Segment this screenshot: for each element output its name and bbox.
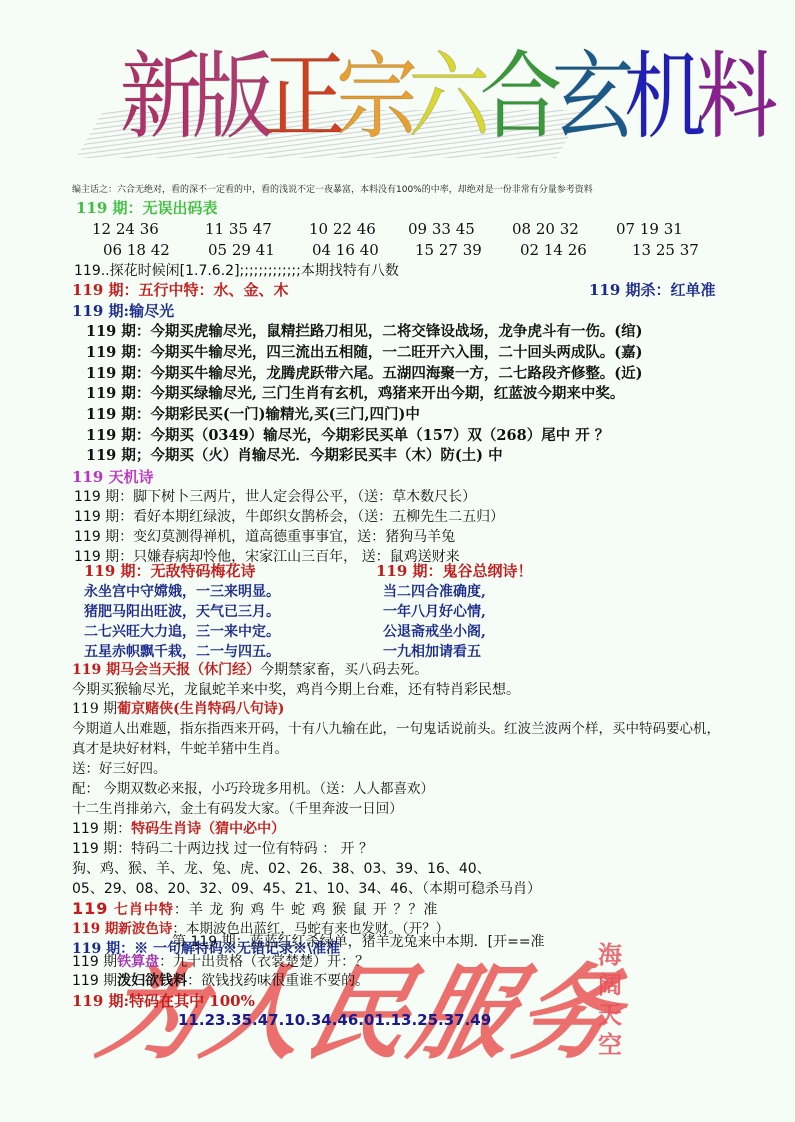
guigu-poem-line: 当二四合准确度, [383, 582, 486, 602]
number-group: 02 14 26 [520, 241, 587, 259]
editor-note: 编主话之：六合无绝对，看的深不一定看的中，看的浅说不定一夜暴富，本料没有100%… [72, 180, 593, 200]
macau-gambler-heading-line: 119 期葡京赌侠(生肖特码八句诗) [72, 699, 284, 719]
number-group: 12 24 36 [92, 220, 159, 238]
abacus-prefix: 119 期 [72, 954, 117, 970]
macau-gambler-line: 送：好三好四。 [72, 759, 167, 779]
banner-title-char: 料 [696, 41, 764, 156]
number-row-2: 06 18 42 05 29 41 04 16 40 15 27 39 02 1… [0, 241, 795, 261]
guigu-poem-heading: 119 期：鬼谷总纲诗！ [376, 561, 533, 581]
lose-all-line: 119 期：今期买（0349）输尽光，今期彩民买单（157）双（268）尾中 开… [86, 426, 609, 446]
horse-report-line: 119 期马会当天报（休门经）今期禁家畜，买八码去死。 [72, 660, 428, 680]
error-free-heading: 119 期：无误出码表 [76, 198, 218, 218]
lose-all-line: 119 期：今期彩民买(一门)输精光,买(三门,四门)中 [86, 405, 420, 425]
plum-poem-line: 猪肥马阳出旺波，天气已三月。 [84, 602, 280, 622]
banner-title-char: 玄 [552, 41, 620, 156]
special-zodiac-prefix: 119 期： [72, 821, 131, 837]
title-banner: 新版正宗六合玄机料 [120, 48, 700, 158]
number-group: 13 25 37 [632, 241, 699, 259]
abacus-heading: 铁算盘 [117, 954, 159, 970]
number-group: 04 16 40 [312, 241, 379, 259]
special-zodiac-line: 狗、鸡、猴、羊、龙、兔、虎、02、26、38、03、39、16、40、 [72, 859, 491, 879]
heaven-poem-line: 119 期：脚下树卜三两片，世人定会得公平，（送：草木数尺长） [74, 487, 476, 507]
lose-all-line: 119 期：今期买虎输尽光，鼠精拦路刀相见，二将交锋设战场，龙争虎斗有一伤。(绾… [86, 322, 643, 342]
money-material-heading: 泼妇欲钱料 [117, 973, 187, 989]
guigu-poem-line: 一年八月好心情, [383, 602, 486, 622]
special-zodiac-heading: 特码生肖诗（猜中必中） [131, 821, 285, 837]
seven-zodiac-heading: 七肖中特 [114, 902, 174, 918]
horse-report-line2: 今期买猴输尽光，龙鼠蛇羊来中奖，鸡肖今期上台难，还有特肖彩民想。 [72, 680, 520, 700]
horse-report-text: 今期禁家畜，买八码去死。 [260, 662, 428, 678]
kill-red-odd: 119 期杀：红单准 [589, 280, 716, 300]
macau-gambler-line: 配： 今期双数必来报，小巧玲珑多用机。（送：人人都喜欢） [72, 779, 434, 799]
macau-gambler-line: 今期道人出难题，指东指西来开码，十有八九输在此，一句鬼话说前头。红波兰波两个样，… [72, 719, 720, 739]
document-page: 新版正宗六合玄机料 编主话之：六合无绝对，看的深不一定看的中，看的浅说不定一夜暴… [0, 0, 795, 1122]
banner-title-char: 新 [120, 41, 188, 156]
macau-gambler-heading: 葡京赌侠(生肖特码八句诗) [117, 701, 284, 717]
macau-gambler-prefix: 119 期 [72, 701, 117, 717]
plum-poem-line: 五星赤帜飘千栽，二一与四五。 [84, 642, 280, 662]
vertical-watermark-char: 空 [595, 1030, 625, 1060]
lose-all-line: 119 期；今期买（火）肖输尽光．今期彩民买丰（木）防(土) 中 [86, 446, 503, 466]
vertical-watermark: 海 阔 天 空 [595, 940, 625, 1060]
horse-report-heading: 119 期马会当天报（休门经） [72, 662, 260, 678]
heaven-poem-heading: 119 天机诗 [72, 467, 154, 487]
abacus-line: 119 期铁算盘：九十出贵格（衣裳楚楚）开：？ [72, 952, 369, 972]
heaven-poem-line: 119 期：看好本期红绿波，牛郎织女鹊桥会，（送：五柳先生二五归） [74, 507, 504, 527]
flower-line: 119..探花时候闲[1.7.6.2];;;;;;;;;;;;;本期找特有八数 [74, 261, 399, 281]
vertical-watermark-char: 天 [595, 1000, 625, 1030]
vertical-watermark-char: 阔 [595, 970, 625, 1000]
special-zodiac-line: 05、29、08、20、32、09、45、21、10、34、46、（本期可稳杀马… [72, 879, 541, 899]
number-group: 07 19 31 [616, 220, 683, 238]
seven-zodiac-text: ：羊 龙 狗 鸡 牛 蛇 鸡 猴 鼠 开 ？？准 [174, 902, 439, 918]
lose-all-heading: 119 期:输尽光 [72, 301, 174, 321]
macau-gambler-line: 十二生肖排弟六，金土有码发大家。（千里奔波一日回） [72, 799, 403, 819]
special-zodiac-line: 119 期：特码二十两边找 过一位有特码 ： 开 ？ [72, 839, 373, 859]
seven-zodiac-line: 119 七肖中特：羊 龙 狗 鸡 牛 蛇 鸡 猴 鼠 开 ？？准 [72, 899, 438, 920]
money-material-text: ：欲钱找药味很重谁不要的。 [187, 973, 369, 989]
banner-title: 新版正宗六合玄机料 [120, 48, 764, 148]
banner-title-char: 机 [624, 41, 692, 156]
macau-gambler-line: 真才是块好材料，牛蛇羊猪中生肖。 [72, 739, 288, 759]
plum-poem-heading: 119 期：无敌特码梅花诗 [84, 561, 256, 581]
guigu-poem-line: 公退斋戒坐小阁, [383, 622, 486, 642]
number-group: 15 27 39 [415, 241, 482, 259]
special-zodiac-heading-line: 119 期：特码生肖诗（猜中必中） [72, 819, 285, 839]
number-group: 08 20 32 [512, 220, 579, 238]
final-heading: 119 期:特码在其中 100% [72, 991, 255, 1011]
guigu-poem-line: 一九相加请看五 [383, 642, 481, 662]
plum-poem-line: 二七兴旺大力追，三一来中定。 [84, 622, 280, 642]
number-row-1: 12 24 36 11 35 47 10 22 46 09 33 45 08 2… [0, 220, 795, 240]
plum-poem-line: 永坐宫中守嫦娥，一三来明显。 [84, 582, 280, 602]
lose-all-line: 119 期：今期买牛输尽光，龙腾虎跃带六尾。五湖四海聚一方，二七路段齐修整。(近… [86, 364, 643, 384]
banner-title-char: 版 [192, 41, 260, 156]
money-material-line: 119 期泼妇欲钱料：欲钱找药味很重谁不要的。 [72, 971, 369, 991]
money-material-prefix: 119 期 [72, 973, 117, 989]
vertical-watermark-char: 海 [595, 940, 625, 970]
number-group: 10 22 46 [309, 220, 376, 238]
banner-title-char: 合 [480, 41, 548, 156]
banner-title-char: 宗 [336, 41, 404, 156]
heaven-poem-line: 119 期：变幻莫测得禅机，道高德重事事宜，送：猪狗马羊兔 [74, 527, 455, 547]
wave-poem-heading: 119 期新波色诗 [72, 921, 172, 937]
banner-title-char: 正 [264, 41, 332, 156]
abacus-text: ：九十出贵格（衣裳楚楚）开：？ [159, 954, 369, 970]
lose-all-line: 119 期：今期买牛输尽光，四三流出五相随，一二旺开六入围，二十回头两成队。(嘉… [86, 343, 643, 363]
number-group: 09 33 45 [408, 220, 475, 238]
five-elements-heading: 119 期：五行中特：水、金、木 [72, 280, 289, 300]
final-numbers: 11.23.35.47.10.34.46.01.13.25.37.49 [178, 1011, 491, 1029]
lose-all-line: 119 期：今期买绿输尽光, 三门生肖有玄机，鸡猪来开出今期，红蓝波今期来中奖。 [86, 384, 624, 404]
one-line-text: 第 119 期：蓝蓝红红杀绿单，猪羊龙兔来中本期．[开==准 [172, 932, 545, 952]
banner-title-char: 六 [408, 41, 476, 156]
number-group: 06 18 42 [103, 241, 170, 259]
seven-zodiac-prefix: 119 [72, 899, 108, 918]
number-group: 05 29 41 [208, 241, 275, 259]
number-group: 11 35 47 [205, 220, 272, 238]
